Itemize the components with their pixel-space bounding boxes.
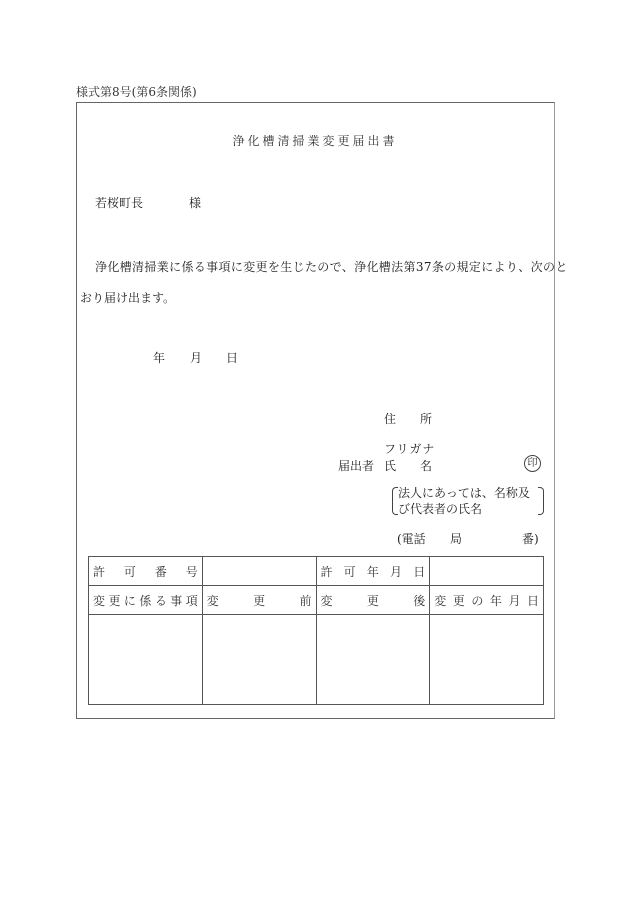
phone-label: (電話 xyxy=(397,530,426,547)
after-change-field[interactable] xyxy=(316,615,430,705)
body-text-line-1: 浄化槽清掃業に係る事項に変更を生じたので、浄化槽法第37条の規定により、次のと xyxy=(95,258,568,275)
name-label-part1: 氏 xyxy=(384,457,396,474)
permit-number-field[interactable] xyxy=(202,557,316,586)
furigana-label: フリガナ xyxy=(384,440,435,457)
address-label-part1: 住 xyxy=(384,410,396,427)
date-year-label: 年 xyxy=(153,349,165,366)
addressee-name: 若桜町長 xyxy=(95,194,143,211)
name-label-part2: 名 xyxy=(420,457,432,474)
corporation-note: 法人にあっては、名称及び代表者の氏名 xyxy=(392,485,544,517)
phone-exchange-label: 局 xyxy=(450,530,462,547)
header-before-change: 変 更 前 xyxy=(202,586,316,615)
form-id-label: 様式第8号(第6条関係) xyxy=(76,83,197,100)
header-change-item: 変 更 に 係 る 事 項 xyxy=(89,586,203,615)
change-details-table: 許 可 番 号 許 可 年 月 日 変 更 に 係 る xyxy=(88,556,544,705)
seal-icon: 印 xyxy=(524,455,541,472)
body-text-line-2: おり届け出ます。 xyxy=(80,289,175,306)
change-item-field[interactable] xyxy=(89,615,203,705)
before-change-field[interactable] xyxy=(202,615,316,705)
date-month-label: 月 xyxy=(190,349,202,366)
table-row-entry xyxy=(89,615,544,705)
date-day-label: 日 xyxy=(226,349,238,366)
addressee-honorific: 様 xyxy=(189,194,201,211)
table-header-row: 変 更 に 係 る 事 項 変 更 前 変 更 後 xyxy=(89,586,544,615)
phone-number-label: 番) xyxy=(522,530,539,547)
permit-date-label: 許 可 年 月 日 xyxy=(316,557,430,586)
change-date-field[interactable] xyxy=(430,615,544,705)
permit-date-field[interactable] xyxy=(430,557,544,586)
permit-number-label: 許 可 番 号 xyxy=(89,557,203,586)
document-title: 浄化槽清掃業変更届出書 xyxy=(0,132,630,149)
header-after-change: 変 更 後 xyxy=(316,586,430,615)
header-change-date: 変 更 の 年 月 日 xyxy=(430,586,544,615)
applicant-label: 届出者 xyxy=(338,457,374,474)
table-row-permit: 許 可 番 号 許 可 年 月 日 xyxy=(89,557,544,586)
address-label-part2: 所 xyxy=(420,410,432,427)
